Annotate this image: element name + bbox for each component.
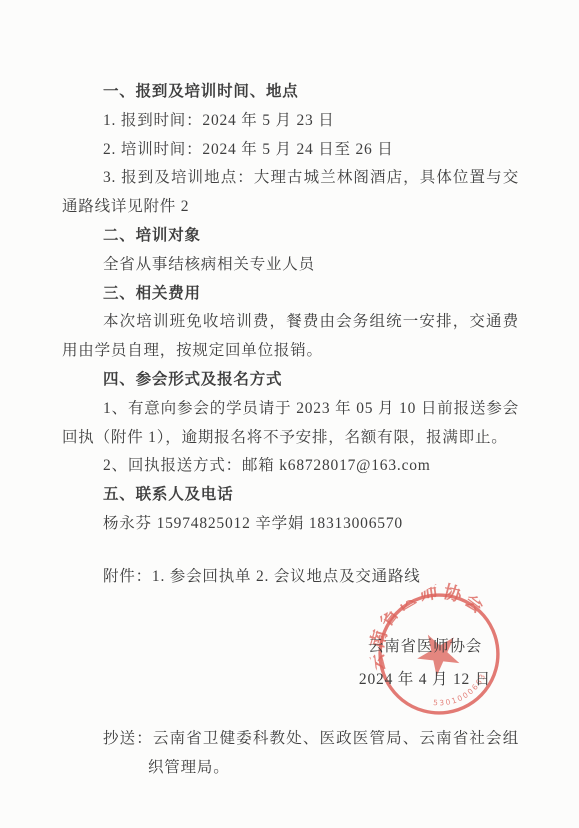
section-3-heading: 三、相关费用 xyxy=(62,280,519,309)
section-4-heading: 四、参会形式及报名方式 xyxy=(62,366,519,395)
document-page: 一、报到及培训时间、地点 1. 报到时间：2024 年 5 月 23 日 2. … xyxy=(0,0,579,828)
cc-label: 抄送： xyxy=(103,730,153,747)
document-body: 一、报到及培训时间、地点 1. 报到时间：2024 年 5 月 23 日 2. … xyxy=(62,78,519,592)
section-5-heading: 五、联系人及电话 xyxy=(62,481,519,510)
section-2-heading: 二、培训对象 xyxy=(62,222,519,251)
signature-block: 云南省医师协会 2024 年 4 月 12 日 xyxy=(330,630,520,696)
cc-line: 抄送：云南省卫健委科教处、医政医管局、云南省社会组织管理局。 xyxy=(62,725,519,783)
section-1-item-2: 2. 培训时间：2024 年 5 月 24 日至 26 日 xyxy=(62,136,519,165)
section-5-item-1: 杨永芬 15974825012 辛学娟 18313006570 xyxy=(62,510,519,539)
cc-text: 云南省卫健委科教处、医政医管局、云南省社会组织管理局。 xyxy=(148,730,519,776)
section-1-item-1: 1. 报到时间：2024 年 5 月 23 日 xyxy=(62,107,519,136)
section-3-item-1: 本次培训班免收培训费，餐费由会务组统一安排，交通费用由学员自理，按规定回单位报销… xyxy=(62,308,519,366)
section-1-heading: 一、报到及培训时间、地点 xyxy=(62,78,519,107)
section-2-item-1: 全省从事结核病相关专业人员 xyxy=(62,251,519,280)
section-4-item-1: 1、有意向参会的学员请于 2023 年 05 月 10 日前报送参会回执（附件 … xyxy=(62,395,519,453)
signature-org: 云南省医师协会 xyxy=(330,630,520,663)
cc-block: 抄送：云南省卫健委科教处、医政医管局、云南省社会组织管理局。 xyxy=(62,725,519,783)
signature-date: 2024 年 4 月 12 日 xyxy=(330,663,520,696)
section-1-item-3: 3. 报到及培训地点：大理古城兰林阁酒店，具体位置与交通路线详见附件 2 xyxy=(62,164,519,222)
section-4-item-2: 2、回执报送方式：邮箱 k68728017@163.com xyxy=(62,452,519,481)
